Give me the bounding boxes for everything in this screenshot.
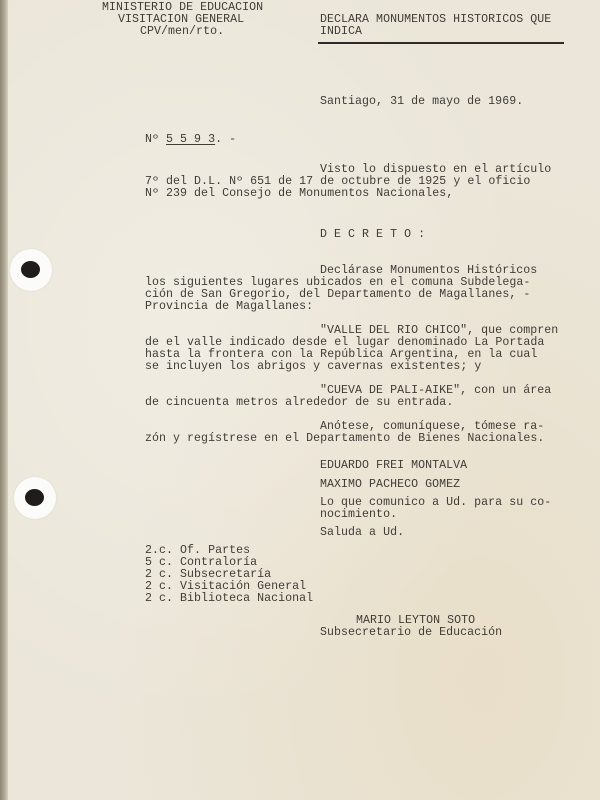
closing-line: zón y regístrese en el Departamento de B…: [145, 433, 544, 445]
signatory-president: EDUARDO FREI MONTALVA: [320, 460, 467, 472]
place-date: Santiago, 31 de mayo de 1969.: [320, 96, 523, 108]
reference-code: CPV/men/rto.: [140, 26, 224, 38]
site-1-line: se incluyen los abrigos y cavernas exist…: [145, 361, 481, 373]
punch-hole-icon: [10, 249, 52, 291]
decree-number-suffix: . -: [215, 133, 236, 146]
decree-number-value: 5 5 9 3: [166, 133, 215, 146]
communication-line: nocimiento.: [320, 509, 397, 521]
page-edge-shadow: [0, 0, 8, 800]
decree-heading: D E C R E T O :: [320, 229, 425, 241]
preamble-line: Nº 239 del Consejo de Monumentos Naciona…: [145, 188, 453, 200]
greeting: Saluda a Ud.: [320, 527, 404, 539]
subject-line-2: INDICA: [320, 26, 362, 38]
punch-hole-icon: [14, 477, 56, 519]
final-signature-title: Subsecretario de Educación: [320, 627, 502, 639]
distribution-item: 2 c. Biblioteca Nacional: [145, 593, 313, 605]
signatory-minister: MAXIMO PACHECO GOMEZ: [320, 479, 460, 491]
decree-number: Nº 5 5 9 3. -: [145, 134, 236, 146]
declaration-line: Provincia de Magallanes:: [145, 301, 313, 313]
decree-number-prefix: Nº: [145, 133, 159, 146]
subject-underline: [318, 42, 564, 44]
site-2-line: de cincuenta metros alrededor de su entr…: [145, 397, 453, 409]
